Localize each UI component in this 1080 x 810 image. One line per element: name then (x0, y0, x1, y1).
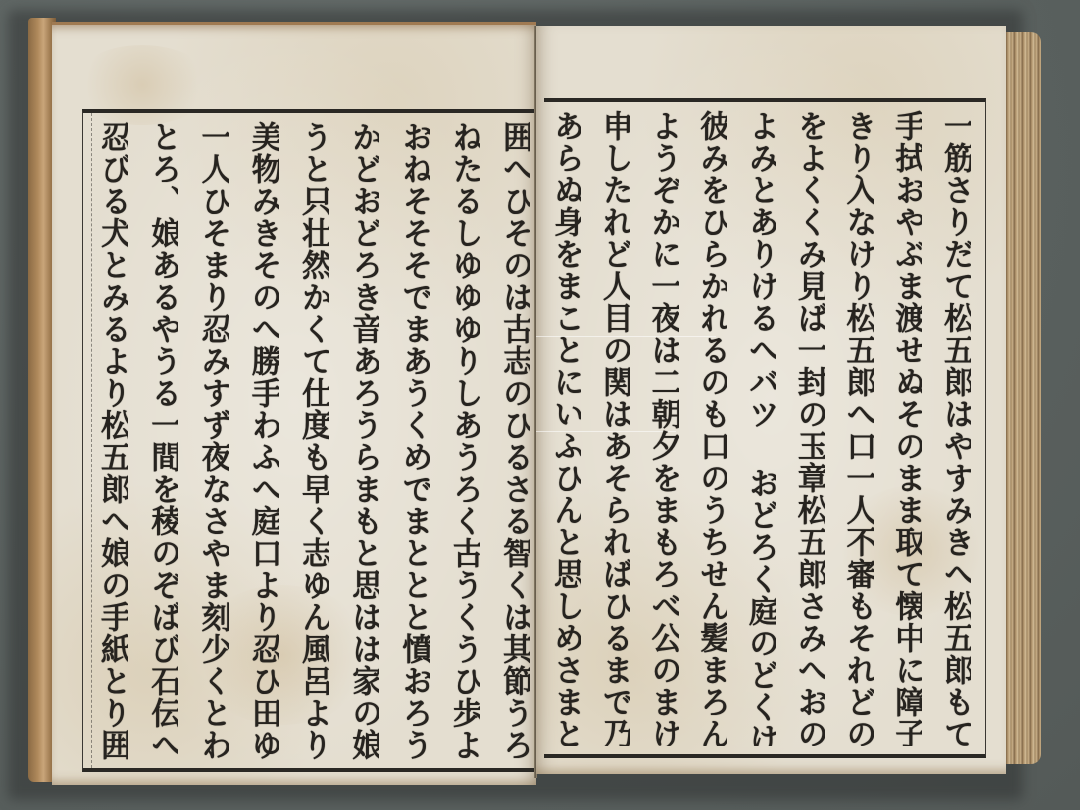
frame-inner-rule (91, 113, 92, 768)
text-column: あらぬ身をまことにいふひんと思しめさまとまん庭の (550, 110, 581, 746)
text-column: かどおどろき音あろうらまもと思はは家の娘コレハやる (348, 121, 379, 760)
text-column: とろ、娘あるやうる一間を稜のぞばび石伝へ稜足しく。 (147, 121, 178, 760)
text-column: 手拭おやぶま渡せぬそのまま取て懐中に障子を (891, 110, 922, 746)
text-column: 一人ひそまり忍みすず夜なさやま刻少くとわ死 (198, 121, 229, 760)
text-column: 一筋さりだて松五郎はやすみきへ松五郎もてしの (940, 110, 971, 746)
text-column: ようぞかに一夜は二朝夕をまもろべ公のまけさと (648, 110, 679, 746)
right-page-stack-edge (1003, 32, 1041, 764)
left-text-columns: 囲へひそのは古志のひるさる智くは其節うろぐ積 ねたるしゆゆゆりしあうろく古うくう… (97, 121, 530, 760)
left-text-frame: 囲へひそのは古志のひるさる智くは其節うろぐ積 ねたるしゆゆゆりしあうろく古うくう… (82, 109, 536, 772)
left-page: 囲へひそのは古志のひるさる智くは其節うろぐ積 ねたるしゆゆゆりしあうろく古うくう… (52, 22, 536, 785)
right-text-frame: 一筋さりだて松五郎はやすみきへ松五郎もてしの 手拭おやぶま渡せぬそのまま取て懐中… (544, 98, 986, 758)
text-column: おねそそそでまあうくめでまととと憤おろう松五郎の (399, 121, 430, 760)
text-column: よみとありけるへバツ おどろく庭のどくけは身ととくし (745, 110, 776, 746)
open-book: 囲へひそのは古志のひるさる智くは其節うろぐ積 ねたるしゆゆゆりしあうろく古うくう… (28, 12, 1048, 802)
right-page: 一筋さりだて松五郎はやすみきへ松五郎もてしの 手拭おやぶま渡せぬそのまま取て懐中… (536, 26, 1006, 774)
text-column: 囲へひそのは古志のひるさる智くは其節うろぐ積 (499, 121, 530, 760)
text-column: ねたるしゆゆゆりしあうろく古うくうひ歩よ (449, 121, 480, 760)
text-column: 忍びる犬とみるより松五郎へ娘の手紙とり囲ひく (97, 121, 128, 760)
right-text-columns: 一筋さりだて松五郎はやすみきへ松五郎もてしの 手拭おやぶま渡せぬそのまま取て懐中… (550, 110, 971, 746)
text-column: きり入なけり松五郎へ口一人不審もそれどのの手拭 (843, 110, 874, 746)
text-column: 美物みきそのへ勝手わふへ庭口より忍ひ田ゆ (248, 121, 279, 760)
text-column: をよくくみ見ば一封の玉章松五郎さみへおのぞを (794, 110, 825, 746)
text-column: 申したれど人目の関はあそらればひるまで乃 (599, 110, 630, 746)
text-column: 彼みをひらかれるのも口のうちせん髪まろんし (696, 110, 727, 746)
text-column: うと只壮然かくて仕度も早く志ゆん風呂よりて (298, 121, 329, 760)
